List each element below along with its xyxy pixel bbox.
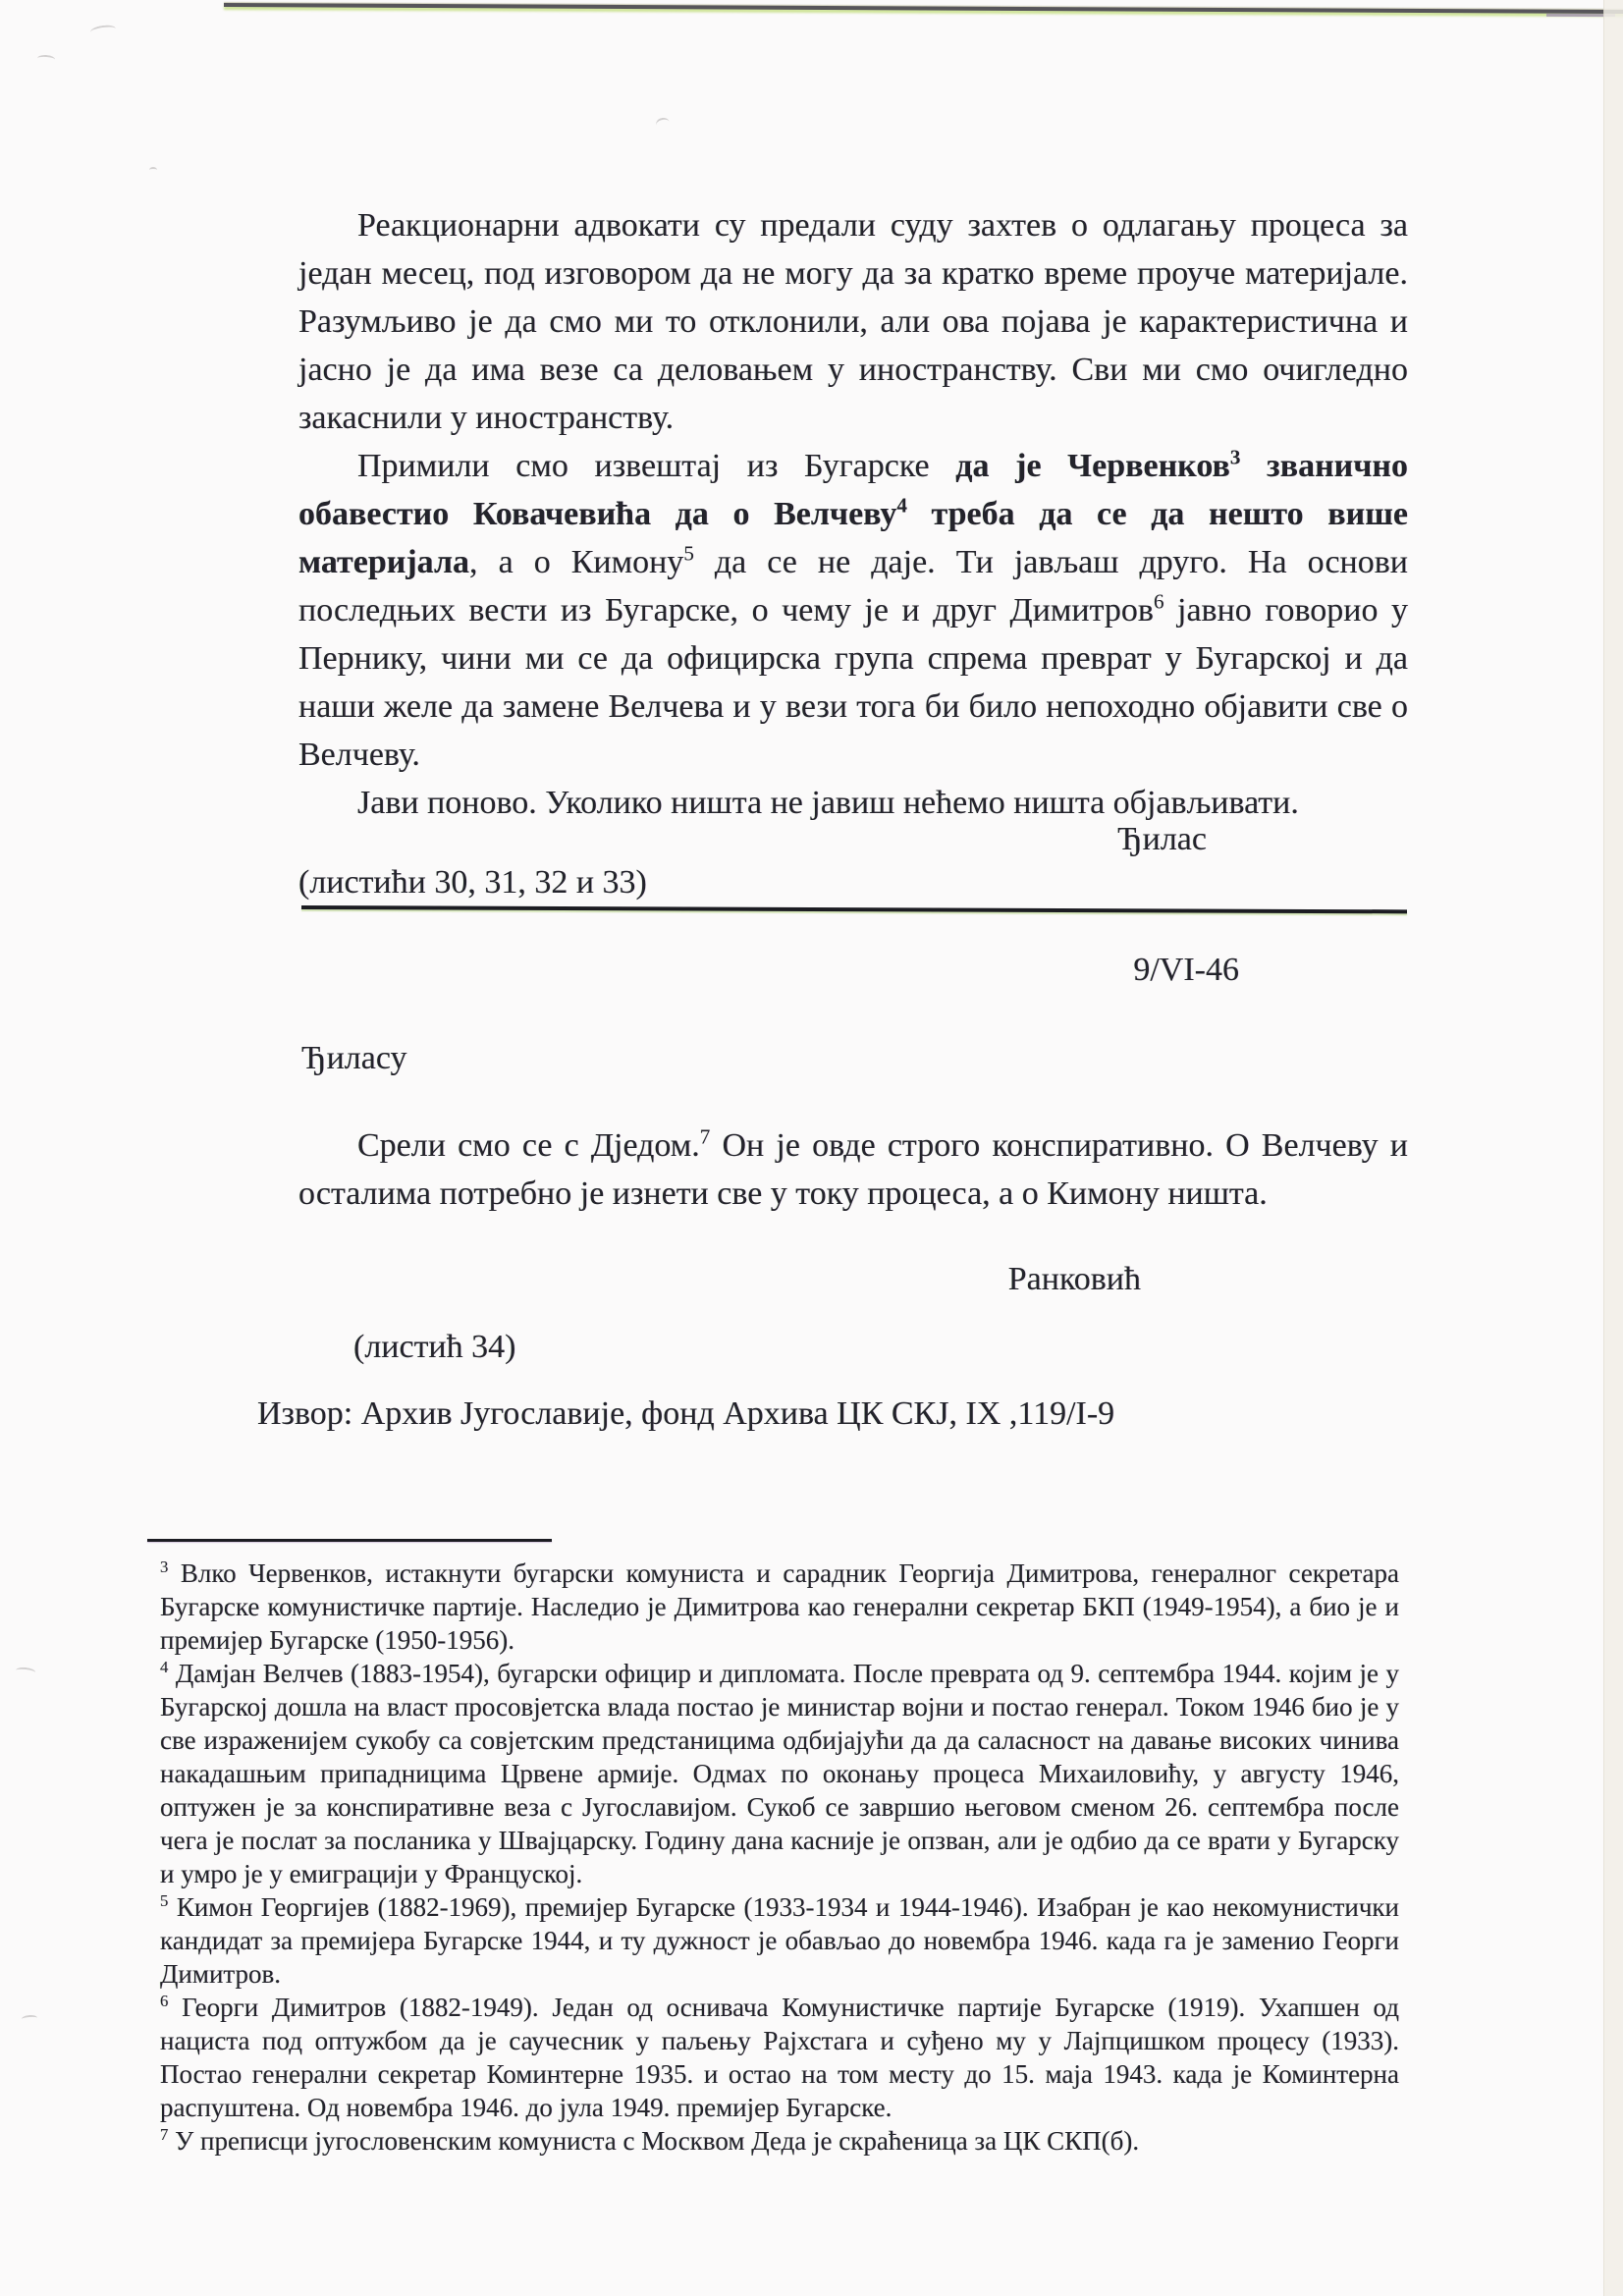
footnote-divider-line xyxy=(147,1539,552,1542)
footnote: 3 Влко Червенков, истакнути бугарски ком… xyxy=(160,1557,1399,1657)
footnote-reference: 5 xyxy=(683,542,694,566)
text-segment: Срели смо се с Дједом. xyxy=(357,1127,700,1164)
letter1-body: Реакционарни адвокати су предали суду за… xyxy=(298,201,1408,827)
scan-smudge xyxy=(22,2014,38,2022)
footnote-reference: 4 xyxy=(896,494,907,518)
text-segment: Јави поново. Уколико ништа не јавиш неће… xyxy=(357,785,1299,821)
letter2-date: 9/VI-46 xyxy=(298,951,1408,990)
footnote: 7 У преписци југословенским комуниста с … xyxy=(160,2124,1399,2158)
paragraph: Срели смо се с Дједом.7 Он је овде строг… xyxy=(298,1121,1408,1218)
scan-smudge xyxy=(655,116,671,131)
footnote-text: Георги Димитров (1882-1949). Један од ос… xyxy=(160,1993,1399,2122)
text-segment: Реакционарни адвокати су предали суду за… xyxy=(298,207,1408,436)
letter2-body: Срели смо се с Дједом.7 Он је овде строг… xyxy=(298,1121,1408,1218)
letter1-signature: Ђилас xyxy=(298,820,1408,859)
footnote: 6 Георги Димитров (1882-1949). Један од … xyxy=(160,1991,1399,2124)
scan-smudge xyxy=(149,167,157,173)
divider-line xyxy=(301,905,1407,913)
footnote-text: У преписци југословенским комуниста с Мо… xyxy=(168,2126,1139,2156)
paragraph: Реакционарни адвокати су предали суду за… xyxy=(298,201,1408,442)
letter2-leaflet-note: (листић 34) xyxy=(353,1328,515,1367)
footnote-reference: 6 xyxy=(1154,590,1164,614)
footnote-reference: 7 xyxy=(700,1125,711,1149)
text-segment: Примили смо извештај из Бугарске xyxy=(357,448,955,484)
scan-smudge xyxy=(37,54,56,63)
footnote: 4 Дамјан Велчев (1883-1954), бугарски оф… xyxy=(160,1657,1399,1890)
text-segment: да је Червенков xyxy=(955,448,1230,484)
footnote-text: Влко Червенков, истакнути бугарски комун… xyxy=(160,1558,1399,1655)
footnote-reference: 3 xyxy=(1230,446,1241,469)
text-segment: , а о Кимону xyxy=(469,544,683,580)
footnotes-section: 3 Влко Червенков, истакнути бугарски ком… xyxy=(160,1557,1399,2158)
scan-smudge xyxy=(16,1667,36,1676)
footnote-text: Дамјан Велчев (1883-1954), бугарски офиц… xyxy=(160,1659,1399,1888)
scanned-document-page: Реакционарни адвокати су предали суду за… xyxy=(0,0,1623,2296)
letter1-leaflets-note: (листићи 30, 31, 32 и 33) xyxy=(298,863,647,902)
footnote: 5 Кимон Георгијев (1882-1969), премијер … xyxy=(160,1890,1399,1991)
scan-edge-artifact-right xyxy=(1603,0,1623,2296)
source-line: Извор: Архив Југославије, фонд Архива ЦК… xyxy=(257,1394,1114,1434)
scan-edge-artifact-top xyxy=(224,3,1623,14)
letter2-salutation: Ђиласу xyxy=(301,1039,406,1078)
paragraph: Примили смо извештај из Бугарске да је Ч… xyxy=(298,442,1408,779)
footnote-text: Кимон Георгијев (1882-1969), премијер Бу… xyxy=(160,1892,1399,1989)
scan-smudge xyxy=(89,24,116,37)
letter2-signature: Ранковић xyxy=(298,1260,1408,1299)
